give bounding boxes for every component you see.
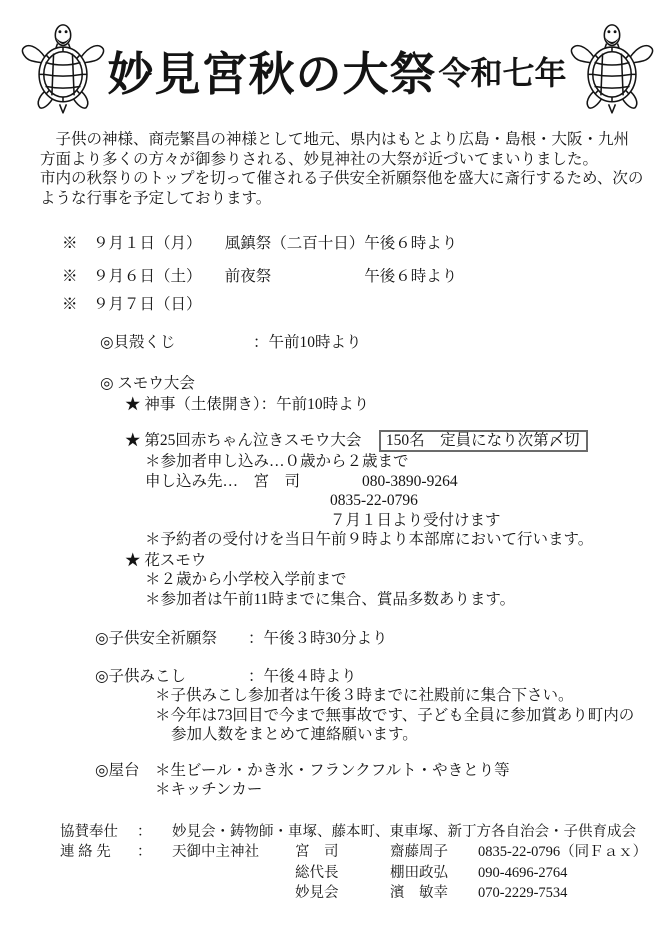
footer-colon: ： xyxy=(137,822,172,843)
intro-line-2: 方面より多くの方々が御参りされる、妙見神社の大祭が近づいてまいりました。 xyxy=(40,150,634,170)
doc-lines: 子供の神様、商売繁昌の神様として地元、県内はもとより広島・島根・大阪・九州方面よ… xyxy=(40,130,634,800)
page-footer: 協賛奉仕：妙見会・鋳物師・車塚、藤本町、東車塚、新丁方各自治会・子供育成会連 絡… xyxy=(40,822,634,904)
doc-line-text: ★ 第25回赤ちゃん泣きスモウ大会 xyxy=(125,432,377,449)
doc-line-text: ７月１日より受付けます xyxy=(330,512,501,529)
event-hana-sumo: ★ 花スモウ xyxy=(40,551,634,571)
doc-line-text: 参加人数をまとめて連絡願います。 xyxy=(171,726,418,743)
footer-label: 協賛奉仕 xyxy=(60,822,137,843)
event-baby-sumo: ★ 第25回赤ちゃん泣きスモウ大会 150名 定員になり次第〆切 xyxy=(40,430,634,452)
schedule-sept6: ※ ９月６日（土） 前夜祭 午後６時より xyxy=(40,267,634,287)
footer-contact-row-1: 連 絡 先：天御中主神社宮 司齋藤周子0835-22-0796（同Ｆａｘ） xyxy=(40,842,634,863)
event-shell-lottery: ◎貝殻くじ ：午前10時より xyxy=(40,333,634,353)
capacity-box: 150名 定員になり次第〆切 xyxy=(379,430,588,452)
mikoshi-record-note: ＊今年は73回目で今まで無事故です、子ども全員に参加賞あり町内の xyxy=(40,706,634,726)
footer-person-name: 棚田政弘 xyxy=(390,863,478,884)
footer-label xyxy=(60,883,137,904)
intro-line-1: 子供の神様、商売繁昌の神様として地元、県内はもとより広島・島根・大阪・九州 xyxy=(40,130,634,150)
intro-line-3: 市内の秋祭りのトップを切って催される子供安全祈願祭他を盛大に斎行するため、次の xyxy=(40,169,634,189)
doc-line-text: 申し込み先… 宮 司 080-3890-9264 xyxy=(145,473,458,490)
event-sumo-heading: ◎ スモウ大会 xyxy=(40,374,634,394)
doc-line-text: 0835-22-0796 xyxy=(330,492,418,509)
doc-line-text: 市内の秋祭りのトップを切って催される子供安全祈願祭他を盛大に斎行するため、次の xyxy=(40,170,643,187)
flyer-page: 妙見宮秋の大祭 令和七年 子供の神様、商売繁昌の神様として地元、県内はもとより広… xyxy=(0,0,664,940)
doc-line-text: ＊予約者の受付けを当日午前９時より本部席において行います。 xyxy=(145,531,593,548)
baby-sumo-contact: 申し込み先… 宮 司 080-3890-9264 xyxy=(40,472,634,492)
footer-role: 宮 司 xyxy=(295,842,390,863)
doc-line-text: ような行事を予定しております。 xyxy=(40,190,271,207)
baby-sumo-phone2: 0835-22-0796 xyxy=(40,491,634,511)
turtle-icon-left xyxy=(20,24,106,118)
doc-line-text: ＊キッチンカー xyxy=(155,781,262,798)
footer-role: 総代長 xyxy=(295,863,390,884)
footer-role: 妙見会 xyxy=(295,883,390,904)
footer-org xyxy=(172,883,295,904)
event-sumo-shinji: ★ 神事（土俵開き）：午前10時より xyxy=(40,395,634,415)
footer-colon xyxy=(137,883,172,904)
turtle-icon-right xyxy=(569,24,655,118)
doc-line-text: ＊今年は73回目で今まで無事故です、子ども全員に参加賞あり町内の xyxy=(155,707,634,724)
doc-line-text: ＊子供みこし参加者は午後３時までに社殿前に集合下さい。 xyxy=(155,687,574,704)
intro-line-4: ような行事を予定しております。 xyxy=(40,189,634,209)
doc-line-text: ◎子供みこし ：午後４時より xyxy=(95,668,357,685)
page-header: 妙見宮秋の大祭 令和七年 xyxy=(40,24,634,118)
footer-contact-row-3: 妙見会濱 敏幸070-2229-7534 xyxy=(40,883,634,904)
mikoshi-gather-note: ＊子供みこし参加者は午後３時までに社殿前に集合下さい。 xyxy=(40,686,634,706)
hana-sumo-age: ＊２歳から小学校入学前まで xyxy=(40,570,634,590)
footer-phone: 090-4696-2764 xyxy=(478,863,634,884)
footer-person-name: 齋藤周子 xyxy=(390,842,478,863)
title-era: 令和七年 xyxy=(439,48,567,94)
footer-org: 天御中主神社 xyxy=(172,842,295,863)
doc-line-text: ※ ９月６日（土） 前夜祭 午後６時より xyxy=(62,268,457,285)
doc-line-text: ◎ スモウ大会 xyxy=(100,375,195,392)
footer-phone: 070-2229-7534 xyxy=(478,883,634,904)
doc-line-text: ★ 花スモウ xyxy=(125,552,206,569)
doc-line-text: 方面より多くの方々が御参りされる、妙見神社の大祭が近づいてまいりました。 xyxy=(40,151,598,168)
footer-label xyxy=(60,863,137,884)
doc-line-text: 子供の神様、商売繁昌の神様として地元、県内はもとより広島・島根・大阪・九州 xyxy=(40,131,629,148)
event-kids-mikoshi: ◎子供みこし ：午後４時より xyxy=(40,667,634,687)
footer-phone: 0835-22-0796（同Ｆａｘ） xyxy=(478,842,647,863)
doc-line-text: ◎子供安全祈願祭 ：午後３時30分より xyxy=(95,630,388,647)
footer-person-name: 濱 敏幸 xyxy=(390,883,478,904)
schedule-sept1: ※ ９月１日（月） 風鎮祭（二百十日）午後６時より xyxy=(40,234,634,254)
doc-line-text: ※ ９月１日（月） 風鎮祭（二百十日）午後６時より xyxy=(62,235,457,252)
footer-sponsor-list: 妙見会・鋳物師・車塚、藤本町、東車塚、新丁方各自治会・子供育成会 xyxy=(172,822,636,843)
doc-line-text: ＊参加者は午前11時までに集合、賞品多数あります。 xyxy=(145,591,515,608)
event-kids-safety-prayer: ◎子供安全祈願祭 ：午後３時30分より xyxy=(40,629,634,649)
event-food-stalls: ◎屋台 ＊生ビール・かき氷・フランクフルト・やきとり等 xyxy=(40,761,634,781)
doc-line-text: ※ ９月７日（日） xyxy=(62,296,202,313)
baby-sumo-reception-start: ７月１日より受付けます xyxy=(40,511,634,531)
footer-org xyxy=(172,863,295,884)
doc-line-text: ★ 神事（土俵開き）：午前10時より xyxy=(125,396,369,413)
schedule-sept7: ※ ９月７日（日） xyxy=(40,295,634,315)
doc-line-text: ◎屋台 ＊生ビール・かき氷・フランクフルト・やきとり等 xyxy=(95,762,510,779)
food-stalls-kitchen-car: ＊キッチンカー xyxy=(40,780,634,800)
doc-line-text: ＊参加者申し込み…０歳から２歳まで xyxy=(145,453,409,470)
baby-sumo-entry: ＊参加者申し込み…０歳から２歳まで xyxy=(40,452,634,472)
hana-sumo-gather: ＊参加者は午前11時までに集合、賞品多数あります。 xyxy=(40,590,634,610)
doc-line-text: ◎貝殻くじ ：午前10時より xyxy=(100,334,362,351)
title-main: 妙見宮秋の大祭 xyxy=(108,38,437,104)
footer-colon xyxy=(137,863,172,884)
footer-sponsor-row: 協賛奉仕：妙見会・鋳物師・車塚、藤本町、東車塚、新丁方各自治会・子供育成会 xyxy=(40,822,634,843)
page-title: 妙見宮秋の大祭 令和七年 xyxy=(108,38,567,104)
baby-sumo-reservation-note: ＊予約者の受付けを当日午前９時より本部席において行います。 xyxy=(40,530,634,550)
footer-colon: ： xyxy=(137,842,172,863)
doc-line-text: ＊２歳から小学校入学前まで xyxy=(145,571,347,588)
footer-contact-row-2: 総代長棚田政弘090-4696-2764 xyxy=(40,863,634,884)
mikoshi-record-note-2: 参加人数をまとめて連絡願います。 xyxy=(40,725,634,745)
footer-label: 連 絡 先 xyxy=(60,842,137,863)
